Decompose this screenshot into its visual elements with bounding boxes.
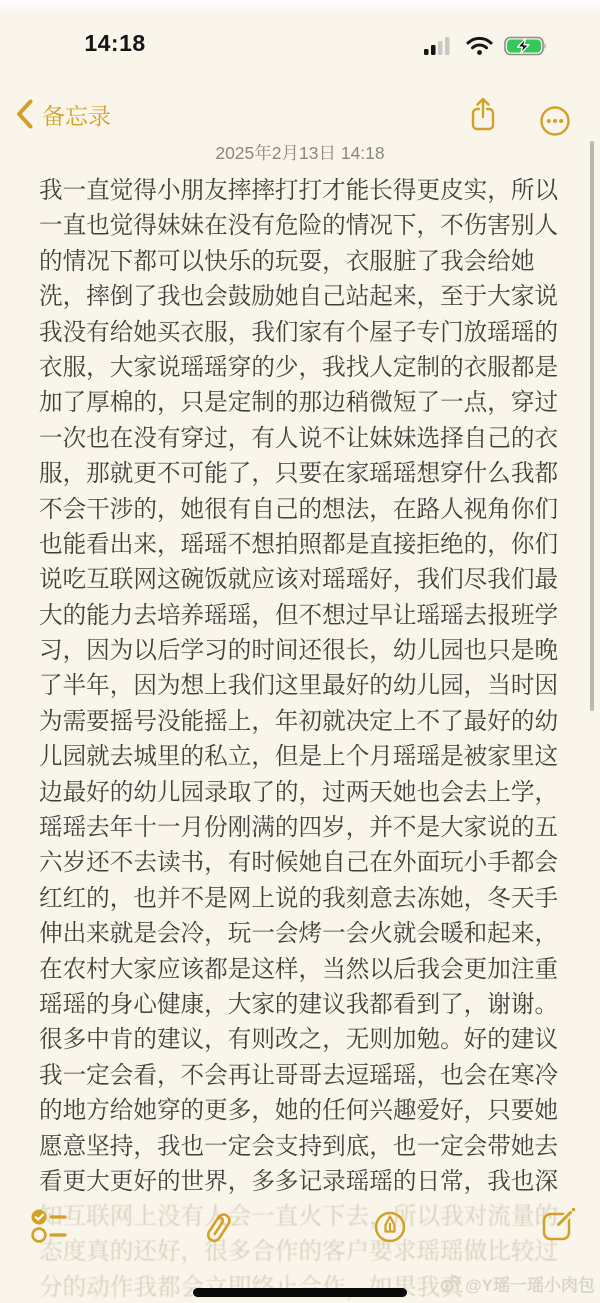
note-text-line: 的地方给她穿的更多，她的任何兴趣爱好，只要她 [39, 1094, 569, 1129]
home-indicator[interactable] [193, 1288, 407, 1297]
note-date: 2025年2月13日 14:18 [0, 140, 600, 165]
wifi-icon [466, 36, 493, 56]
note-text-line: 瑶瑶去年十一月份刚满的四岁，并不是大家说的五 [39, 811, 569, 846]
note-text-line: 在农村大家应该都是这样，当然以后我会更加注重 [39, 953, 569, 988]
more-options-icon[interactable] [538, 104, 572, 138]
note-text-line: 加了厚棉的，只是定制的那边稍微短了一点，穿过 [39, 386, 569, 421]
cellular-signal-icon [424, 36, 454, 56]
note-text-line: 看更大更好的世界，多多记录瑶瑶的日常，我也深 [39, 1165, 569, 1200]
note-text-line: 不会干涉的，她很有自己的想法，在路人视角你们 [39, 493, 569, 528]
note-text-line: 儿园就去城里的私立，但是上个月瑶瑶是被家里这 [39, 740, 569, 775]
note-text-line: 说吃互联网这碗饭就应该对瑶瑶好，我们尽我们最 [39, 563, 569, 598]
watermark: @Y瑶一瑶小肉包 [439, 1271, 595, 1295]
note-text-line: 态度真的还好，很多合作的客户要求瑶瑶做比较过 [39, 1235, 569, 1270]
battery-charging-icon [504, 35, 550, 57]
notes-app-screen: 14:18 备忘录 [0, 0, 600, 1303]
scrollbar[interactable] [590, 141, 594, 711]
note-text-line: 我没有给她买衣服，我们家有个屋子专门放瑶瑶的 [39, 316, 569, 351]
compose-icon[interactable] [541, 1204, 577, 1244]
note-text-line: 我一定会看，不会再让哥哥去逗瑶瑶，也会在寒冷 [39, 1059, 569, 1094]
note-text-line: 伸出来就是会冷，玩一会烤一会火就会暖和起来， [39, 917, 569, 952]
note-text-line: 大的能力去培养瑶瑶，但不想过早让瑶瑶去报班学 [39, 599, 569, 634]
note-text-line: 我一直觉得小朋友摔摔打打才能长得更皮实，所以 [39, 174, 569, 209]
note-text-line: 服，那就更不可能了，只要在家瑶瑶想穿什么我都 [39, 457, 569, 492]
note-text-line: 一直也觉得妹妹在没有危险的情况下，不伤害别人 [39, 209, 569, 244]
watermark-handle: @Y瑶一瑶小肉包 [465, 1271, 595, 1296]
checklist-icon[interactable] [30, 1208, 68, 1244]
note-text-line: 愿意坚持，我也一定会支持到底，也一定会带她去 [39, 1130, 569, 1165]
note-text-line: 也能看出来，瑶瑶不想拍照都是直接拒绝的，你们 [39, 528, 569, 563]
note-text-line: 红红的，也并不是网上说的我刻意去冻她，冬天手 [39, 882, 569, 917]
note-text-line: 一次也在没有穿过，有人说不让妹妹选择自己的衣 [39, 422, 569, 457]
back-button[interactable]: 备忘录 [16, 98, 111, 130]
note-text-line: 习，因为以后学习的时间还很长，幼儿园也只是晚 [39, 634, 569, 669]
note-text-line: 六岁还不去读书，有时候她自己在外面玩小手都会 [39, 846, 569, 881]
back-chevron-icon [16, 99, 33, 129]
status-icons [424, 34, 554, 58]
note-body[interactable]: 我一直觉得小朋友摔摔打打才能长得更皮实，所以一直也觉得妹妹在没有危险的情况下，不… [39, 174, 569, 1200]
back-label: 备忘录 [42, 98, 111, 131]
top-strip [0, 0, 600, 14]
note-text-line: 衣服，大家说瑶瑶穿的少，我找人定制的衣服都是 [39, 351, 569, 386]
note-text-line: 知互联网上没有人会一直火下去，所以我对流量的 [39, 1200, 569, 1235]
note-text-line: 瑶瑶的身心健康，大家的建议我都看到了，谢谢。 [39, 988, 569, 1023]
note-text-line: 边最好的幼儿园录取了的，过两天她也会去上学， [39, 776, 569, 811]
weibo-icon [439, 1274, 461, 1293]
note-text-line: 了半年，因为想上我们这里最好的幼儿园，当时因 [39, 669, 569, 704]
note-text-line: 洗，摔倒了我也会鼓励她自己站起来，至于大家说 [39, 280, 569, 315]
note-text-line: 的情况下都可以快乐的玩耍，衣服脏了我会给她 [39, 245, 569, 280]
attachment-icon[interactable] [200, 1208, 236, 1250]
note-text-line: 很多中肯的建议，有则改之，无则加勉。好的建议 [39, 1023, 569, 1058]
status-time: 14:18 [78, 30, 152, 57]
markup-icon[interactable] [371, 1208, 409, 1246]
note-text-line: 为需要摇号没能摇上，年初就决定上不了最好的幼 [39, 705, 569, 740]
share-icon[interactable] [468, 96, 498, 132]
